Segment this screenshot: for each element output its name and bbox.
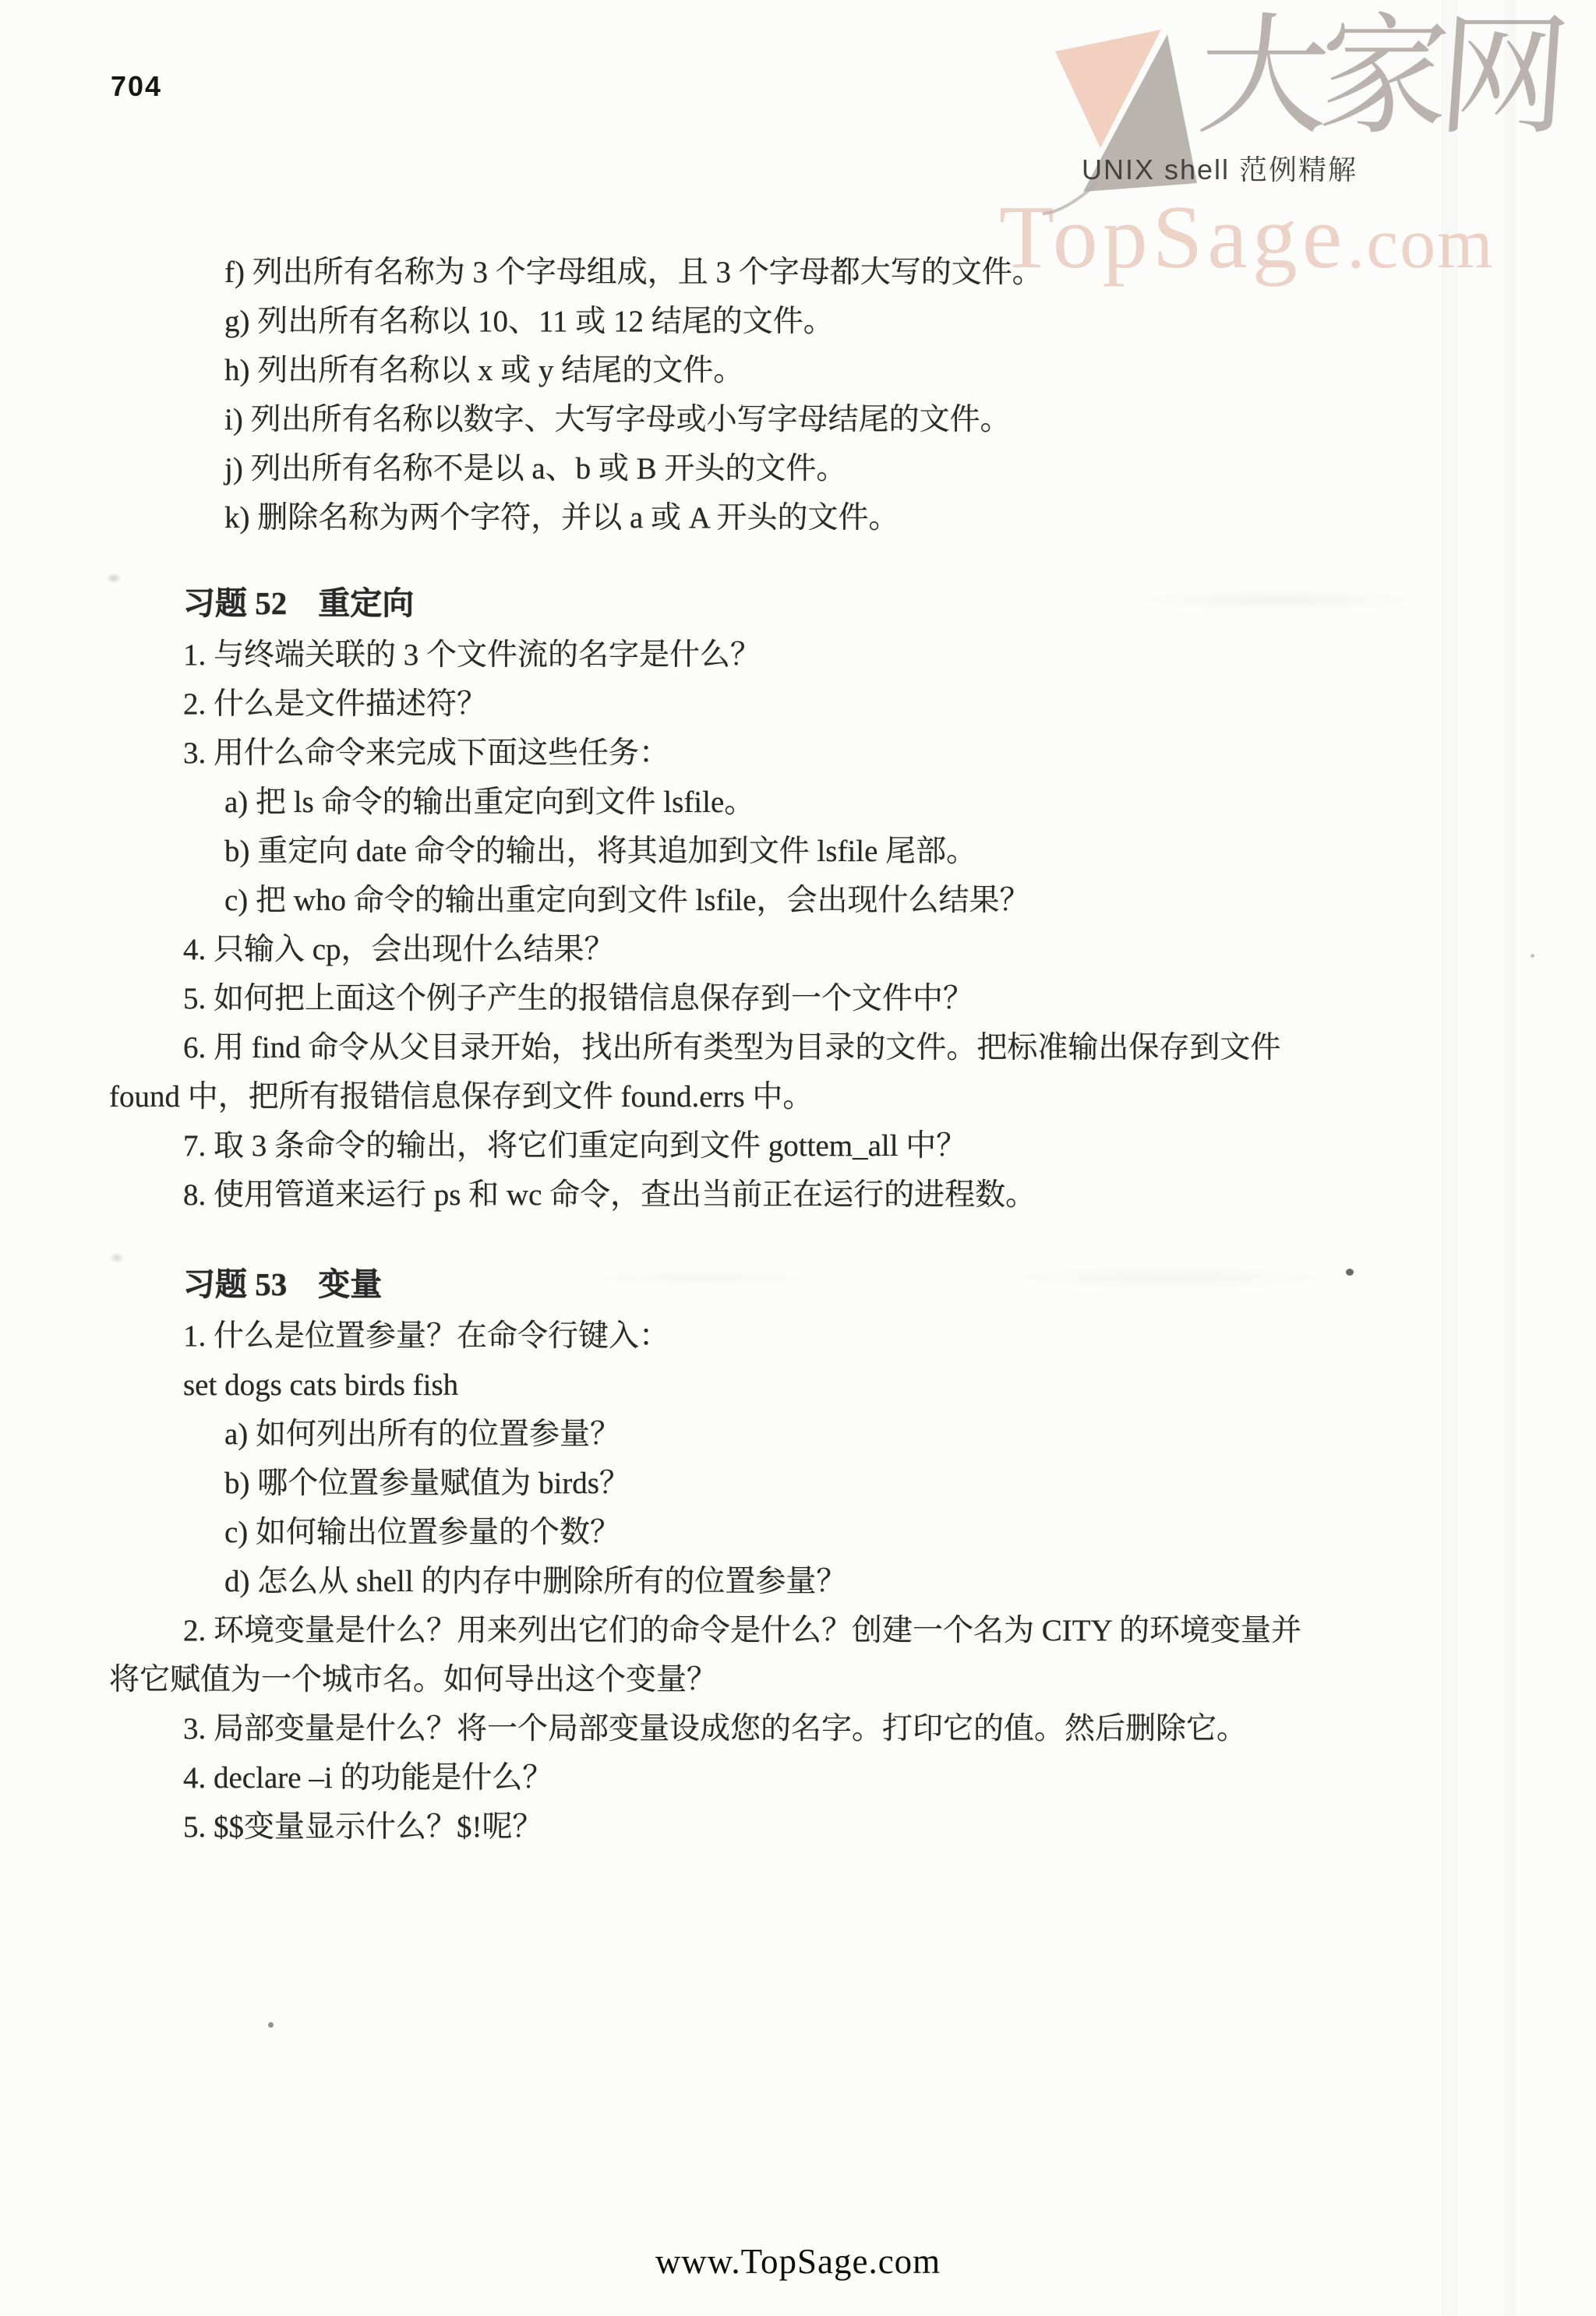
s52-item-6: 6. 用 find 命令从父目录开始，找出所有类型为目录的文件。把标准输出保存到… [109,1023,1553,1072]
brand-chinese-calligraphy: 大家网 [1194,11,1563,142]
s53-command-line: set dogs cats birds fish [109,1361,1553,1410]
list-item-k: k) 删除名称为两个字符，并以 a 或 A 开头的文件。 [109,493,1553,542]
s53-item-1b: b) 哪个位置参量赋值为 birds？ [109,1459,1553,1508]
section-52-heading: 习题 52重定向 [109,579,1553,628]
s52-item-2: 2. 什么是文件描述符？ [109,680,1553,729]
list-item-f: f) 列出所有名称为 3 个字母组成，且 3 个字母都大写的文件。 [109,248,1553,297]
list-item-g: g) 列出所有名称以 10、11 或 12 结尾的文件。 [109,297,1553,346]
section-52-label: 习题 52 [183,585,287,621]
s53-item-2-cont: 将它赋值为一个城市名。如何导出这个变量？ [109,1655,1553,1704]
s52-item-3c: c) 把 who 命令的输出重定向到文件 lsfile，会出现什么结果？ [109,876,1553,925]
page-number: 704 [111,70,162,103]
section-53-title: 变量 [287,1266,382,1302]
s52-item-5: 5. 如何把上面这个例子产生的报错信息保存到一个文件中？ [109,974,1553,1023]
s53-item-5: 5. $$变量显示什么？$!呢？ [109,1802,1553,1852]
s53-item-1a: a) 如何列出所有的位置参量？ [109,1410,1553,1459]
s53-item-4: 4. declare –i 的功能是什么？ [109,1753,1553,1802]
s52-item-6-cont: found 中，把所有报错信息保存到文件 found.errs 中。 [109,1072,1553,1121]
s53-item-1d: d) 怎么从 shell 的内存中删除所有的位置参量？ [109,1557,1553,1606]
s52-item-8: 8. 使用管道来运行 ps 和 wc 命令，查出当前正在运行的进程数。 [109,1170,1553,1220]
s52-item-3: 3. 用什么命令来完成下面这些任务： [109,729,1553,778]
page-body: f) 列出所有名称为 3 个字母组成，且 3 个字母都大写的文件。 g) 列出所… [109,248,1553,1852]
list-item-i: i) 列出所有名称以数字、大写字母或小写字母结尾的文件。 [109,395,1553,444]
scanned-page: 704 大家网 UNIX shell 范例精解 TopSage.com f) 列… [0,0,1596,2316]
scan-speck [1531,954,1534,958]
s52-item-7: 7. 取 3 条命令的输出，将它们重定向到文件 gottem_all 中？ [109,1121,1553,1170]
section-53-label: 习题 53 [183,1266,287,1302]
scan-speck [1346,1269,1354,1276]
s52-item-1: 1. 与终端关联的 3 个文件流的名字是什么？ [109,630,1553,680]
s53-item-3: 3. 局部变量是什么？将一个局部变量设成您的名字。打印它的值。然后删除它。 [109,1704,1553,1753]
s53-item-2: 2. 环境变量是什么？用来列出它们的命令是什么？创建一个名为 CITY 的环境变… [109,1606,1553,1655]
section-52-title: 重定向 [287,585,414,621]
s52-item-3b: b) 重定向 date 命令的输出，将其追加到文件 lsfile 尾部。 [109,827,1553,876]
footer-url: www.TopSage.com [655,2241,941,2282]
s52-item-4: 4. 只输入 cp，会出现什么结果？ [109,925,1553,974]
s53-item-1c: c) 如何输出位置参量的个数？ [109,1508,1553,1557]
section-53-heading: 习题 53变量 [109,1260,1553,1309]
book-title: UNIX shell 范例精解 [1082,148,1358,188]
list-item-h: h) 列出所有名称以 x 或 y 结尾的文件。 [109,346,1553,395]
s53-item-1: 1. 什么是位置参量？在命令行键入： [109,1312,1553,1361]
scan-speck [268,2022,274,2028]
list-item-j: j) 列出所有名称不是以 a、b 或 B 开头的文件。 [109,444,1553,493]
s52-item-3a: a) 把 ls 命令的输出重定向到文件 lsfile。 [109,778,1553,827]
